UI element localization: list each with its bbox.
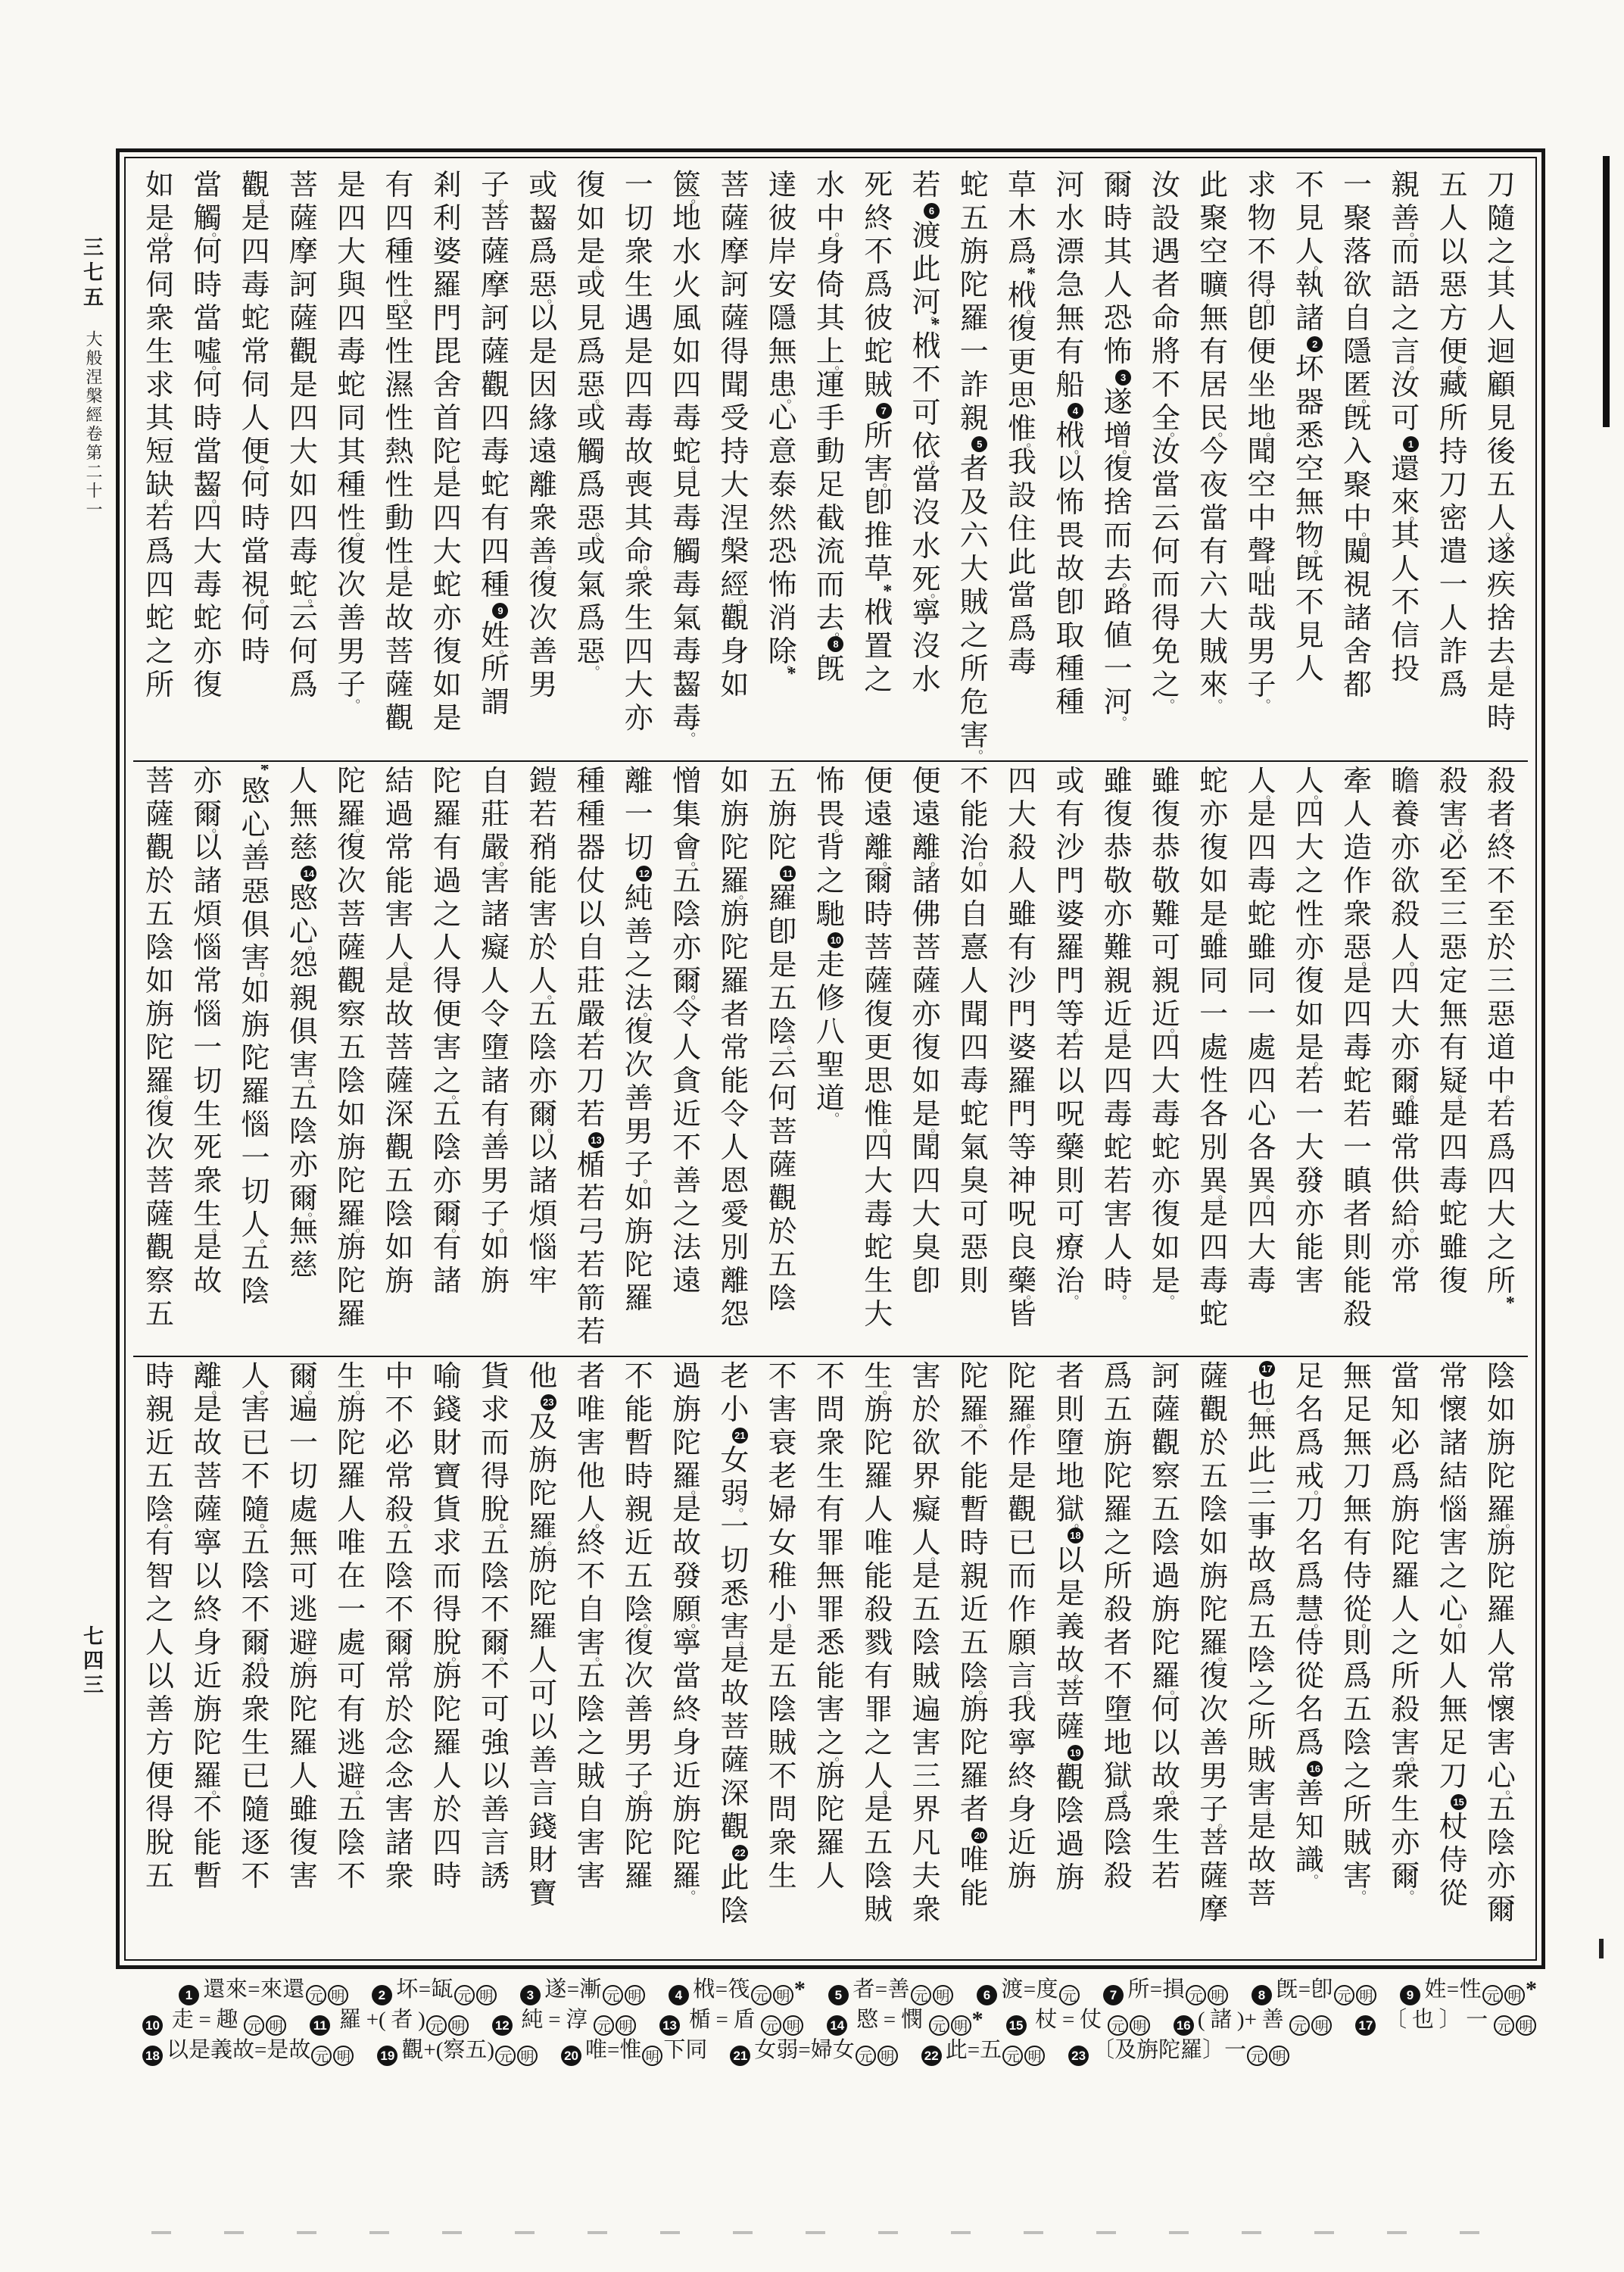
glyph: 刀: [577, 1065, 606, 1098]
footnote-text: 者=善: [853, 1977, 910, 2002]
glyph: 毒: [672, 502, 701, 535]
glyph: 人: [672, 1031, 701, 1065]
glyph: 聚: [1343, 202, 1372, 236]
glyph: 賊: [960, 586, 989, 619]
footnote-anchor: 11: [780, 866, 796, 882]
text-column: 爲五旃陀羅之所殺者不墮地獄。爲陰殺: [1095, 1360, 1142, 1949]
glyph: 種: [577, 765, 606, 798]
glyph: 羅: [816, 1827, 845, 1860]
glyph: 大: [1487, 1198, 1516, 1231]
glyph: 四: [433, 502, 462, 535]
apparatus-note: 3遂=漸元明: [520, 1977, 646, 2002]
glyph: 男: [625, 1727, 653, 1760]
glyph: 切: [193, 1065, 222, 1098]
glyph: 怖: [768, 569, 797, 602]
glyph: 若: [912, 169, 940, 202]
glyph: 四: [289, 402, 318, 435]
repeat-anchor: *: [972, 2007, 983, 2032]
edition-siglum: 元: [856, 2046, 876, 2066]
glyph: 刀: [1343, 1460, 1372, 1493]
glyph: 欲: [1343, 269, 1372, 302]
footnote-number: 17: [1355, 2015, 1376, 2036]
apparatus-note: 8旣=卽元明: [1252, 1977, 1377, 2002]
edition-siglum: 元: [244, 2015, 264, 2036]
glyph: 一: [960, 335, 989, 369]
glyph: 火: [672, 269, 701, 302]
glyph: 終: [864, 202, 893, 236]
glyph: 不: [242, 1593, 270, 1627]
footnote-text: 純=淳: [516, 2008, 593, 2032]
glyph: 種: [1055, 686, 1084, 719]
glyph: 生: [1391, 1793, 1420, 1827]
glyph: 氣: [577, 569, 606, 602]
glyph: 刀: [1295, 1493, 1324, 1527]
glyph: 何: [1152, 1693, 1180, 1727]
glyph: 一: [720, 1511, 749, 1544]
text-column: 喻錢財寶貨求而得脫。旃陀羅人於四時: [424, 1360, 471, 1949]
glyph: 後: [1487, 435, 1516, 469]
edition-siglum: 明: [517, 2046, 538, 2066]
glyph: 陰: [577, 1693, 606, 1727]
text-column: 雖復恭敬亦難親近。是四毒蛇若害人時。: [1095, 765, 1142, 1353]
glyph: 觀: [768, 1182, 797, 1216]
glyph: 中: [385, 1360, 413, 1393]
glyph: 旃: [1008, 1860, 1036, 1893]
glyph: 深: [385, 1098, 413, 1131]
glyph: 雖: [1104, 765, 1133, 798]
glyph: 身: [672, 1727, 701, 1760]
glyph: 卽: [864, 486, 893, 520]
glyph: 水: [816, 169, 845, 202]
glyph: 能: [960, 1877, 989, 1911]
glyph: 以: [528, 1711, 557, 1744]
glyph: 惱: [1439, 1493, 1468, 1527]
glyph: 人: [1439, 202, 1468, 236]
glyph: 菩: [385, 1031, 413, 1065]
text-column: 便遠離。諸佛菩薩亦復如是。聞四大臭卽: [903, 765, 950, 1353]
glyph: 莊: [481, 798, 510, 832]
glyph: 然: [768, 502, 797, 535]
glyph: 以: [1055, 1065, 1084, 1098]
glyph: 水: [912, 663, 940, 697]
glyph: 哉: [1247, 602, 1276, 635]
glyph: 悉: [1295, 420, 1324, 453]
glyph: 此: [720, 1862, 749, 1895]
glyph: 癡: [481, 932, 510, 965]
glyph: 慈: [289, 1249, 318, 1282]
glyph: 若: [145, 502, 174, 535]
glyph: 羅: [528, 1611, 557, 1644]
glyph: 見: [1487, 402, 1516, 435]
glyph: 作: [1008, 1593, 1036, 1627]
glyph: 復: [337, 832, 366, 865]
glyph: 背: [816, 832, 845, 865]
glyph: 不: [1487, 865, 1516, 898]
glyph: 沙: [1008, 965, 1036, 998]
glyph: 亦: [193, 765, 222, 798]
glyph: 蛇: [433, 569, 462, 602]
glyph: 寧: [193, 1527, 222, 1560]
glyph: 爲: [1295, 1427, 1324, 1460]
glyph: 發: [672, 1560, 701, 1593]
glyph: 當: [1391, 1360, 1420, 1393]
glyph: 恭: [1152, 832, 1180, 865]
glyph: 可: [1055, 1198, 1084, 1231]
apparatus-note: 20唯=惟明下同: [561, 2038, 707, 2062]
glyph: 常: [193, 965, 222, 998]
glyph: 惱: [242, 1109, 270, 1142]
glyph: 能: [1343, 1265, 1372, 1298]
glyph: 如: [577, 202, 606, 236]
glyph: 五: [145, 1860, 174, 1893]
text-column: 便遠離。爾時菩薩復更思惟。四大毒蛇生大: [855, 765, 902, 1353]
text-column: 水中。身倚其上。運手動足截流而去。8旣: [807, 169, 854, 757]
glyph: 性: [385, 402, 413, 435]
glyph: 以: [528, 1131, 557, 1165]
text-column: 菩薩摩訶薩得聞受持大涅槃經。觀身如: [711, 169, 758, 757]
glyph: 四: [1008, 765, 1036, 798]
glyph: 有: [1055, 798, 1084, 832]
glyph: 善: [528, 635, 557, 669]
glyph: 佛: [912, 898, 940, 932]
glyph: 衆: [768, 1827, 797, 1860]
glyph: 爲: [577, 335, 606, 369]
glyph: 薩: [193, 1493, 222, 1527]
glyph: 過: [433, 865, 462, 898]
glyph: 神: [1008, 1165, 1036, 1198]
glyph: 至: [1487, 898, 1516, 932]
glyph: 諸: [433, 1265, 462, 1298]
glyph: 常: [1487, 1660, 1516, 1693]
glyph: 陀: [1487, 1460, 1516, 1493]
glyph: 問: [816, 1393, 845, 1427]
glyph: 槃: [720, 535, 749, 569]
glyph: 爾: [864, 865, 893, 898]
glyph: 惡: [1487, 998, 1516, 1031]
glyph: 毒: [1439, 1165, 1468, 1198]
glyph: 旃: [433, 1660, 462, 1693]
glyph: 故: [385, 998, 413, 1031]
glyph: 遍: [912, 1693, 940, 1727]
glyph: 親: [960, 1560, 989, 1593]
glyph: 汝: [1152, 435, 1180, 469]
canon-sutra-number: 三七五: [77, 236, 107, 311]
glyph: 不: [960, 1427, 989, 1460]
glyph: 若: [1152, 1860, 1180, 1893]
glyph: 毒: [1247, 1265, 1276, 1298]
glyph: 四: [1247, 1198, 1276, 1231]
edition-siglum: 元: [426, 2015, 447, 2036]
edition-siglum: 元: [306, 1985, 326, 2005]
glyph: 摩: [289, 236, 318, 269]
glyph: 喪: [625, 469, 653, 502]
glyph: 時: [864, 898, 893, 932]
glyph: 捨: [1487, 602, 1516, 635]
glyph: 薩: [912, 965, 940, 998]
glyph: 而: [433, 1560, 462, 1593]
glyph: 毒: [337, 335, 366, 369]
glyph: 常: [720, 1031, 749, 1065]
glyph: 惱: [528, 1231, 557, 1265]
glyph: 其: [145, 402, 174, 435]
glyph: 戮: [864, 1627, 893, 1660]
glyph: 隨: [1487, 202, 1516, 236]
glyph: 運: [816, 369, 845, 402]
glyph: 所: [481, 653, 510, 686]
glyph: 遠: [528, 435, 557, 469]
apparatus-note: 21女弱=婦女元明: [730, 2038, 898, 2062]
glyph: 四: [337, 302, 366, 335]
glyph: 蛇: [960, 169, 989, 202]
glyph: 聖: [816, 1049, 845, 1082]
glyph: 坏: [1295, 353, 1324, 386]
glyph: 一: [193, 1031, 222, 1065]
glyph: 常: [1391, 1265, 1420, 1298]
glyph: 而: [1008, 1560, 1036, 1593]
glyph: 故: [625, 435, 653, 469]
glyph: 發: [1295, 1165, 1324, 1198]
footnote-text: 楯=盾: [684, 2008, 760, 2032]
glyph: 以: [481, 1760, 510, 1793]
glyph: 三: [1487, 965, 1516, 998]
glyph: 伺: [145, 269, 174, 302]
glyph: 旃: [1487, 1527, 1516, 1560]
glyph: 截: [816, 502, 845, 535]
glyph: 各: [1199, 1098, 1228, 1131]
glyph: 生: [768, 1860, 797, 1893]
edition-siglum: 明: [1516, 2015, 1536, 2036]
footnote-number: 21: [730, 2046, 750, 2066]
glyph: 賊: [1199, 635, 1228, 669]
glyph: 陰: [720, 1895, 749, 1928]
glyph: 五: [768, 1249, 797, 1282]
glyph: 故: [193, 1265, 222, 1298]
glyph: 逃: [337, 1727, 366, 1760]
glyph: 故: [720, 1677, 749, 1711]
glyph: 諸: [1295, 302, 1324, 335]
glyph: 薩: [720, 202, 749, 236]
text-column: 貨求而得脫。五陰不爾。不可強以善言誘: [472, 1360, 519, 1949]
glyph: 善: [1295, 1777, 1324, 1811]
footnote-text: 〔也〕一: [1379, 2008, 1493, 2032]
glyph: 得: [720, 335, 749, 369]
glyph: 衆: [1152, 1793, 1180, 1827]
glyph: 四: [672, 369, 701, 402]
glyph: 如: [1295, 998, 1324, 1031]
glyph: 次: [145, 1131, 174, 1165]
glyph: 常: [385, 1660, 413, 1693]
glyph: 陀: [1008, 1360, 1036, 1393]
footnote-text: (諸)+善: [1198, 2008, 1289, 2032]
glyph: 人: [1439, 1660, 1468, 1693]
glyph: 旃: [145, 998, 174, 1031]
glyph: 不: [816, 1360, 845, 1393]
glyph: 羅: [433, 269, 462, 302]
footnote-number: 22: [921, 2046, 942, 2066]
glyph: 離: [720, 1265, 749, 1298]
glyph: 一: [625, 169, 653, 202]
repeat-anchor: *: [1506, 1298, 1515, 1309]
edition-siglum: 明: [1504, 1985, 1525, 2005]
glyph: 毒: [672, 402, 701, 435]
glyph: 之: [1247, 1677, 1276, 1711]
glyph: 蛇: [481, 469, 510, 502]
text-column: 爾時其人恐怖3遂增。復捨而去。路値一河。: [1095, 169, 1142, 757]
glyph: 或: [577, 402, 606, 435]
glyph: 亦: [1295, 932, 1324, 965]
glyph: 觀: [337, 965, 366, 998]
footnote-text: 〔及旃陀羅〕一: [1093, 2038, 1246, 2062]
glyph: 旃: [1055, 1862, 1084, 1895]
glyph: 蛇: [960, 1098, 989, 1131]
glyph: 常: [385, 832, 413, 865]
glyph: 自: [577, 1593, 606, 1627]
glyph: 人: [1104, 1231, 1133, 1265]
glyph: 走: [816, 949, 845, 982]
glyph: 無: [1295, 486, 1324, 520]
glyph: 生: [864, 1265, 893, 1298]
glyph: 人: [1343, 798, 1372, 832]
glyph: 是: [528, 335, 557, 369]
glyph: 者: [960, 1793, 989, 1827]
glyph: 同: [1199, 965, 1228, 998]
edition-siglum: 元: [1247, 2046, 1267, 2066]
glyph: 空: [1247, 469, 1276, 502]
glyph: 財: [433, 1427, 462, 1460]
glyph: 爲: [864, 269, 893, 302]
glyph: 隱: [1343, 335, 1372, 369]
glyph: 他: [577, 1460, 606, 1493]
glyph: 菩: [337, 898, 366, 932]
glyph: 蛇: [1343, 1065, 1372, 1098]
glyph: 顧: [1487, 369, 1516, 402]
text-column: 者唯害他人。終不自害。五陰之賊自害害: [568, 1360, 615, 1949]
text-column: 他23及旃陀羅。旃陀羅人可以善言錢財寶: [519, 1360, 566, 1949]
glyph: 亦: [1152, 1165, 1180, 1198]
footnote-number: 13: [659, 2015, 680, 2036]
glyph: 復: [625, 1016, 653, 1049]
apparatus-note: 6渡=度元: [977, 1977, 1080, 2002]
edition-siglum: 明: [616, 2015, 636, 2036]
glyph: 衆: [816, 1427, 845, 1460]
glyph: 陰: [433, 1131, 462, 1165]
glyph: 不: [912, 364, 940, 397]
apparatus-note: 7所=損元明: [1103, 1977, 1229, 2002]
glyph: 慈: [289, 832, 318, 865]
text-column: 汝設遇者命將不全。汝當云何而得免之。: [1142, 169, 1189, 757]
glyph: 是: [1008, 1460, 1036, 1493]
glyph: 從: [1439, 1877, 1468, 1911]
footnote-text: 走=趣: [167, 2008, 243, 2032]
glyph: 能: [625, 1393, 653, 1427]
glyph: 亦: [625, 702, 653, 735]
glyph: 常: [1391, 1131, 1420, 1165]
glyph: 害: [816, 1693, 845, 1727]
glyph: 見: [577, 302, 606, 335]
glyph: 物: [1247, 202, 1276, 236]
text-column: 生。旃陀羅人唯在一處可有逃避。五陰不: [328, 1360, 375, 1949]
glyph: 懷: [1487, 1693, 1516, 1727]
glyph: 者: [1055, 1360, 1084, 1393]
glyph: 俱: [242, 909, 270, 942]
edition-siglum: 明: [1208, 1985, 1228, 2005]
footnote-number: 1: [179, 1985, 199, 2005]
glyph: 五: [672, 865, 701, 898]
glyph: 大: [912, 1198, 940, 1231]
glyph: 蛇: [1439, 1198, 1468, 1231]
glyph: 處: [289, 1493, 318, 1527]
glyph: 癡: [912, 1493, 940, 1527]
glyph: 人: [960, 965, 989, 998]
glyph: 於: [145, 865, 174, 898]
glyph: 而: [816, 569, 845, 602]
glyph: 者: [1152, 269, 1180, 302]
glyph: 何: [768, 1082, 797, 1116]
glyph: 刀: [1439, 469, 1468, 502]
glyph: 四: [1295, 798, 1324, 832]
text-column: 牽人造作衆惡。是四毒蛇若一瞋者則能殺: [1334, 765, 1381, 1353]
glyph: 人: [528, 1644, 557, 1677]
glyph: 殺: [1343, 1298, 1372, 1331]
glyph: 此: [912, 253, 940, 286]
glyph: 沒: [912, 630, 940, 663]
glyph: 旃: [672, 1793, 701, 1827]
text-column: 時親近五陰。有智之人以善方便得脫五: [136, 1360, 183, 1949]
glyph: 可: [1391, 402, 1420, 435]
glyph: 疾: [1487, 569, 1516, 602]
glyph: 切: [625, 832, 653, 865]
glyph: 時: [242, 635, 270, 669]
glyph: 若: [1343, 1098, 1372, 1131]
glyph: 恐: [1104, 302, 1133, 335]
glyph: 人: [1008, 865, 1036, 898]
glyph: 器: [1295, 386, 1324, 420]
glyph: 陀: [864, 1427, 893, 1460]
glyph: 善: [1199, 1727, 1228, 1760]
glyph: 俱: [289, 1016, 318, 1049]
glyph: 五: [289, 1082, 318, 1116]
text-column: 菩薩摩訶薩觀是四大如四毒蛇。云何爲: [280, 169, 327, 757]
glyph: 有: [385, 169, 413, 202]
glyph: 毒: [625, 402, 653, 435]
glyph: 殺: [1391, 898, 1420, 932]
apparatus-note: 13楯=盾元明: [659, 2008, 804, 2032]
glyph: 瞻: [1391, 765, 1420, 798]
glyph: 種: [385, 236, 413, 269]
glyph: 旃: [289, 1660, 318, 1693]
glyph: 處: [1247, 1031, 1276, 1065]
edition-siglum: 元: [603, 1985, 623, 2005]
glyph: 療: [1055, 1231, 1084, 1265]
glyph: 以: [577, 898, 606, 932]
glyph: 死: [864, 169, 893, 202]
glyph: 持: [1439, 435, 1468, 469]
glyph: 所: [145, 669, 174, 702]
glyph: 旃: [1391, 1493, 1420, 1527]
glyph: 人: [1391, 1593, 1420, 1627]
apparatus-note: 2坏=缻元明: [372, 1977, 497, 2002]
glyph: 爲: [1295, 1560, 1324, 1593]
glyph: 泰: [768, 469, 797, 502]
glyph: 生: [193, 1098, 222, 1131]
glyph: 是: [1055, 1578, 1084, 1611]
glyph: 生: [816, 1460, 845, 1493]
glyph: 處: [337, 1627, 366, 1660]
footnote-anchor: 3: [1115, 370, 1131, 385]
glyph: 陰: [242, 1275, 270, 1309]
glyph: 必: [385, 1427, 413, 1460]
text-column: 殺者。終不至於三惡道中。若爲四大之所*: [1478, 765, 1525, 1353]
